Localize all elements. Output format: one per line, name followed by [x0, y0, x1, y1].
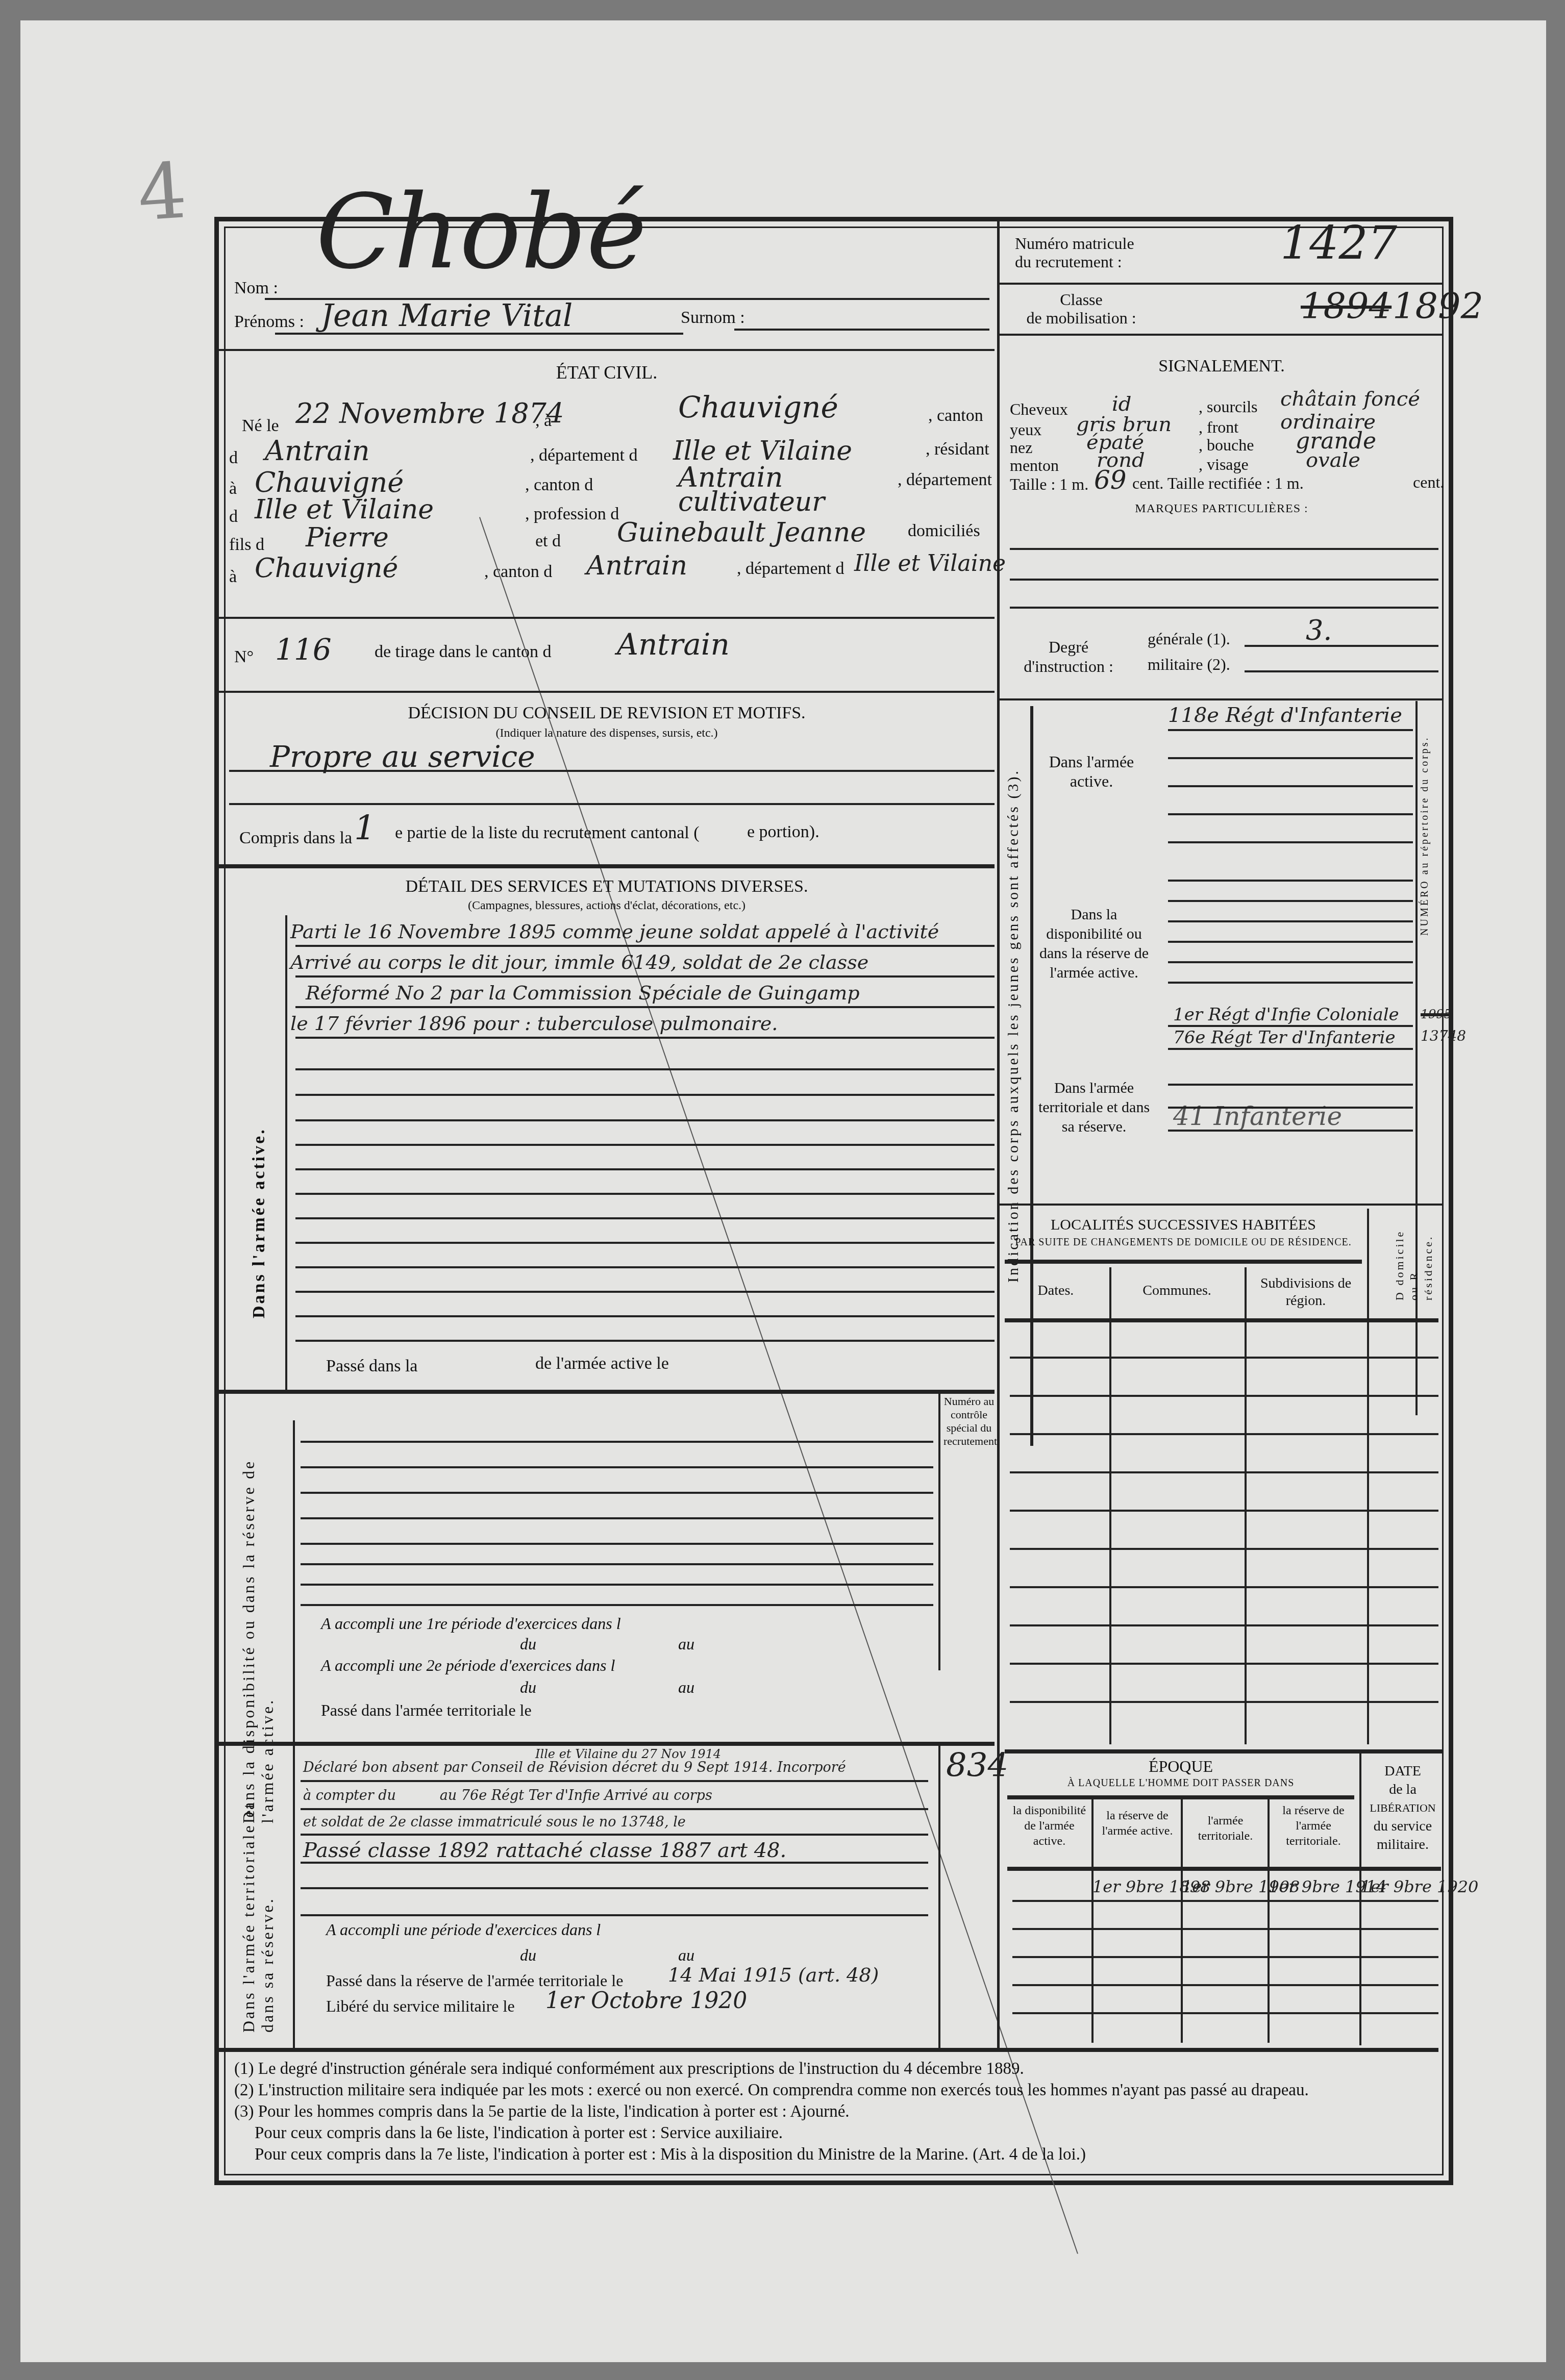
- periode1-label: A accompli une 1re période d'exercices d…: [321, 1614, 621, 1633]
- rule: [1168, 920, 1413, 922]
- sourcils-value: châtain foncé: [1280, 387, 1420, 411]
- taille-rectifiee-label: cent. Taille rectifiée : 1 m.: [1132, 474, 1304, 493]
- services-subtitle: (Campagnes, blessures, actions d'éclat, …: [219, 899, 995, 913]
- periode1-au-label: au: [678, 1635, 694, 1654]
- classe-value-struck: 1894: [1301, 285, 1392, 327]
- ne-le-label: Né le: [242, 416, 279, 436]
- rule: [295, 1242, 995, 1244]
- pere-value: Pierre: [306, 522, 389, 553]
- date-liberation-header: DATE de la LIBÉRATION du service militai…: [1362, 1762, 1444, 1854]
- divider: [219, 1390, 995, 1394]
- classe-value: 1892: [1393, 285, 1483, 327]
- rule: [295, 1315, 995, 1317]
- mere-value: Guinebault Jeanne: [617, 517, 866, 548]
- registre-matricule-form: Chobé Nom : Prénoms : Jean Marie Vital S…: [214, 217, 1453, 2185]
- libere-label: Libéré du service militaire le: [326, 1997, 515, 2016]
- services-side-label: Dans l'armée active.: [250, 1063, 269, 1318]
- localites-col-subdivisions: Subdivisions de région.: [1245, 1275, 1367, 1310]
- col-divider: [1091, 1798, 1094, 2043]
- territoriale-side-label: Dans l'armée territoriale et dans sa rés…: [239, 1777, 277, 2033]
- parents-a-label: à: [229, 567, 237, 587]
- service-line-3: Réformé No 2 par la Commission Spéciale …: [306, 982, 860, 1004]
- matricule-label: Numéro matricule du recrutement :: [1015, 234, 1134, 271]
- rule: [1168, 1048, 1413, 1050]
- date-subtitle-1: de la: [1362, 1781, 1444, 1799]
- periode1-du-label: du: [520, 1635, 536, 1654]
- divider: [219, 691, 995, 693]
- services-bracket: [285, 915, 287, 1390]
- taille-label: Taille : 1 m.: [1010, 475, 1088, 494]
- compris-partie: 1: [354, 808, 376, 847]
- rule: [1010, 1586, 1438, 1588]
- rule: [301, 1492, 933, 1494]
- divider: [1000, 283, 1444, 285]
- rule: [1012, 1956, 1438, 1958]
- nom-label: Nom :: [234, 279, 278, 298]
- date-naissance: 22 Novembre 1874: [295, 397, 564, 430]
- surnom-line: [734, 329, 989, 331]
- column-divider: [997, 221, 1000, 2048]
- canton-naissance: Antrain: [265, 435, 370, 467]
- localites-col-communes: Communes.: [1109, 1283, 1245, 1299]
- reserve-value: 14 Mai 1915 (art. 48): [668, 1964, 879, 1986]
- rule: [1010, 1471, 1438, 1473]
- rule: [301, 1543, 933, 1545]
- parents-dept-label: , département d: [737, 559, 844, 579]
- generale-label: générale (1).: [1148, 630, 1230, 648]
- nez-label: nez: [1010, 438, 1032, 457]
- corps-vertical-label: Indication des corps auxquels les jeunes…: [1005, 721, 1022, 1283]
- rule: [295, 1291, 995, 1293]
- taille-value: 69: [1094, 465, 1127, 495]
- parents-departement: Ille et Vilaine: [854, 550, 1006, 577]
- rule: [301, 1563, 933, 1565]
- epoque-value-territoriale: 1er 9bre 1908: [1182, 1877, 1269, 1896]
- territoriale-du-label: du: [520, 1946, 536, 1965]
- localites-title: LOCALITÉS SUCCESSIVES HABITÉES: [1000, 1216, 1367, 1234]
- libere-value: 1er Octobre 1920: [545, 1988, 747, 2014]
- fils-label: fils d: [229, 535, 264, 555]
- corps-bracket: [1030, 706, 1033, 1446]
- divider: [219, 2048, 1438, 2052]
- divider: [219, 1742, 995, 1746]
- surnom-label: Surnom :: [681, 308, 745, 328]
- rule: [1010, 1510, 1438, 1512]
- residence-departement: Ille et Vilaine: [255, 494, 434, 525]
- col-divider: [1109, 1267, 1111, 1744]
- rule: [301, 1780, 928, 1782]
- date-subtitle-3: du service militaire.: [1362, 1817, 1444, 1854]
- generale-value: 3.: [1306, 614, 1332, 646]
- territoriale-line-1: Déclaré bon absent par Conseil de Révisi…: [303, 1760, 846, 1775]
- rule: [1168, 1084, 1413, 1086]
- passe-territoriale-label: Passé dans l'armée territoriale le: [321, 1701, 532, 1720]
- visage-label: , visage: [1199, 455, 1249, 474]
- rule: [1010, 1548, 1438, 1550]
- rule: [1168, 880, 1413, 882]
- domicile-residence-label: D domicile ou R résidence.: [1393, 1214, 1435, 1300]
- rule: [301, 1517, 933, 1519]
- territoriale-bracket: [293, 1762, 295, 2048]
- rule: [295, 1037, 995, 1039]
- compris-label: Compris dans la: [239, 829, 352, 848]
- numero-repertoire-value: 13748: [1421, 1028, 1466, 1044]
- rule: [1168, 813, 1413, 815]
- epoque-col-reserve-active: la réserve de l'armée active.: [1094, 1808, 1181, 1839]
- footnote-2: (2) L'instruction militaire sera indiqué…: [234, 2080, 1433, 2101]
- rule: [1168, 1130, 1413, 1132]
- degre-label-1: Degré: [1015, 637, 1122, 657]
- periode2-au-label: au: [678, 1678, 694, 1697]
- localites-subtitle: PAR SUITE DE CHANGEMENTS DE DOMICILE OU …: [1000, 1237, 1367, 1248]
- parents-canton-label: , canton d: [484, 562, 552, 582]
- residant-label: , résidant: [926, 440, 989, 459]
- portion-suffix: e portion).: [747, 822, 819, 842]
- divider: [219, 617, 995, 619]
- lieu-naissance: Chauvigné: [678, 390, 838, 424]
- rule: [301, 1584, 933, 1586]
- periode2-label: A accompli une 2e période d'exercices da…: [321, 1656, 615, 1675]
- territoriale-corps-2: 76e Régt Ter d'Infanterie: [1173, 1028, 1396, 1048]
- date-subtitle-2: LIBÉRATION: [1362, 1799, 1444, 1817]
- signalement-title: SIGNALEMENT.: [1000, 357, 1444, 376]
- parents-canton: Antrain: [586, 550, 687, 581]
- rule: [301, 1862, 928, 1864]
- divider: [219, 349, 995, 351]
- epoque-value-reserve-territoriale: 1er 9bre 1914: [1269, 1877, 1358, 1896]
- disponibilite-side-label: Dans la disponibilité ou dans la réserve…: [239, 1456, 277, 1823]
- localites-col-dates: Dates.: [1005, 1283, 1107, 1299]
- marques-title: MARQUES PARTICULIÈRES :: [1000, 502, 1444, 516]
- rule: [295, 1217, 995, 1219]
- rule: [1168, 785, 1413, 787]
- disponibilite-corps-label: Dans la disponibilité ou dans la réserve…: [1035, 905, 1153, 983]
- compris-suffix: e partie de la liste du recrutement cant…: [395, 823, 700, 843]
- territoriale-au-label: au: [678, 1946, 694, 1965]
- territoriale-periode-label: A accompli une période d'exercices dans …: [326, 1920, 601, 1939]
- territoriale-superscript-note: Ille et Vilaine du 27 Nov 1914: [535, 1747, 721, 1761]
- rule: [1168, 982, 1413, 984]
- rule: [295, 945, 995, 947]
- classe-label: Classe de mobilisation :: [1015, 290, 1148, 327]
- territoriale-corps-1: 1er Régt d'Infie Coloniale: [1173, 1005, 1399, 1025]
- rule: [295, 1193, 995, 1195]
- domicilies-label: domiciliés: [908, 521, 980, 541]
- rule: [295, 1094, 995, 1096]
- active-value: 118e Régt d'Infanterie: [1168, 704, 1402, 727]
- numero-label-2: au répertoire du corps.: [1419, 736, 1430, 874]
- etat-civil-title: ÉTAT CIVIL.: [219, 362, 995, 383]
- numero-struck: 1995: [1421, 1007, 1452, 1021]
- territoriale-line-3: et soldat de 2e classe immatriculé sous …: [303, 1814, 686, 1830]
- rule: [301, 1834, 928, 1836]
- rule: [295, 1168, 995, 1170]
- residence-departement-label: , département: [898, 470, 992, 490]
- rule: [295, 1119, 995, 1121]
- passe-dans-label: Passé dans la: [326, 1357, 417, 1376]
- yeux-label: yeux: [1010, 420, 1041, 439]
- front-label: , front: [1199, 418, 1238, 437]
- rule: [295, 1340, 995, 1342]
- rule: [1168, 729, 1413, 731]
- prenoms-label: Prénoms :: [234, 312, 304, 332]
- date-title: DATE: [1362, 1762, 1444, 1781]
- degre-label: Degré d'instruction :: [1015, 637, 1122, 676]
- rule: [301, 1808, 928, 1810]
- epoque-subtitle: À LAQUELLE L'HOMME DOIT PASSER DANS: [1005, 1777, 1357, 1789]
- header-rule: [1005, 1318, 1438, 1322]
- parents-commune: Chauvigné: [255, 553, 398, 584]
- canton-d-label: d: [229, 448, 238, 468]
- footnote-3: (3) Pour les hommes compris dans la 5e p…: [234, 2101, 1433, 2122]
- territoriale-line-4: Passé classe 1892 rattaché classe 1887 a…: [303, 1839, 786, 1862]
- prenoms-value: Jean Marie Vital: [321, 298, 573, 334]
- residence-a-label: à: [229, 479, 237, 498]
- matricule-label-2: du recrutement :: [1015, 253, 1134, 271]
- epoque-col-reserve-territoriale: la réserve de l'armée territoriale.: [1270, 1803, 1357, 1849]
- rule: [301, 1604, 933, 1606]
- visage-value: ovale: [1306, 448, 1360, 472]
- epoque-col-territoriale: l'armée territoriale.: [1183, 1813, 1268, 1844]
- matricule-label-1: Numéro matricule: [1015, 234, 1134, 253]
- service-line-4: le 17 février 1896 pour : tuberculose pu…: [290, 1012, 778, 1035]
- rule: [295, 1144, 995, 1146]
- nom-value: Chobé: [316, 173, 647, 292]
- prenoms-line: [275, 333, 683, 335]
- divider: [1000, 698, 1444, 700]
- footnotes: (1) Le degré d'instruction générale sera…: [234, 2058, 1433, 2165]
- bouche-label: , bouche: [1199, 436, 1254, 455]
- footnote-1: (1) Le degré d'instruction générale sera…: [234, 2058, 1433, 2080]
- numero-repertoire-label: NUMÉRO au répertoire du corps.: [1418, 732, 1431, 936]
- conseil-subtitle: (Indiquer la nature des dispenses, sursi…: [219, 726, 995, 740]
- rule: [295, 1006, 995, 1008]
- profession-value: cultivateur: [678, 487, 825, 517]
- tirage-label: de tirage dans le canton d: [375, 642, 551, 662]
- cheveux-label: Cheveux: [1010, 400, 1068, 419]
- footnote-3b: Pour ceux compris dans la 6e liste, l'in…: [234, 2122, 1433, 2144]
- no-label: N°: [234, 647, 254, 667]
- header-rule: [1007, 1867, 1441, 1871]
- classe-label-1: Classe: [1015, 290, 1148, 309]
- controle-divider: [938, 1392, 940, 1670]
- rule: [1012, 1900, 1438, 1902]
- domicile-label: D domicile ou: [1393, 1230, 1420, 1300]
- rule: [1245, 670, 1438, 672]
- residence-commune: Chauvigné: [255, 466, 404, 498]
- numero-divider: [1415, 701, 1418, 1415]
- residence-canton-label: , canton d: [525, 475, 593, 495]
- rule: [1010, 1624, 1438, 1626]
- service-line-1: Parti le 16 Novembre 1895 comme jeune so…: [290, 920, 939, 943]
- services-title: DÉTAIL DES SERVICES ET MUTATIONS DIVERSE…: [219, 877, 995, 896]
- epoque-value-reserve-active: 1er 9bre 1898: [1092, 1877, 1182, 1896]
- rule: [1012, 1928, 1438, 1930]
- disponibilite-bracket: [293, 1420, 295, 1798]
- periode2-du-label: du: [520, 1678, 536, 1697]
- rule: [1010, 1701, 1438, 1703]
- profession-label: , profession d: [525, 505, 619, 524]
- col-divider: [1181, 1798, 1183, 2043]
- menton-label: menton: [1010, 456, 1059, 475]
- rule: [1010, 1357, 1438, 1359]
- rule: [301, 1466, 933, 1468]
- divider: [1000, 1204, 1444, 1206]
- service-line-2: Arrivé au corps le dit jour, immle 6149,…: [290, 951, 868, 973]
- rule: [295, 1266, 995, 1268]
- rule: [1168, 900, 1413, 902]
- tirage-canton: Antrain: [617, 627, 730, 662]
- territoriale-corps-label: Dans l'armée territoriale et dans sa rés…: [1035, 1079, 1153, 1137]
- rule: [1168, 961, 1413, 963]
- decision-line-2: [229, 803, 995, 805]
- territoriale-corps-3: 41 Infanterie: [1173, 1101, 1342, 1131]
- controle-divider-2: [938, 1744, 940, 2050]
- rule: [1010, 579, 1438, 581]
- col-divider: [1268, 1798, 1270, 2043]
- document-page: 4 Chobé Nom : Prénoms : Jean Marie Vital…: [20, 20, 1546, 2362]
- numero-tirage: 116: [275, 632, 332, 667]
- date-divider: [1359, 1752, 1361, 2045]
- rule: [295, 975, 995, 978]
- passe-suffix: de l'armée active le: [535, 1354, 669, 1373]
- rule: [1010, 607, 1438, 609]
- decision-value: Propre au service: [270, 739, 535, 774]
- degre-label-2: d'instruction :: [1015, 657, 1122, 676]
- sourcils-label: , sourcils: [1199, 397, 1258, 416]
- rule: [301, 1914, 928, 1916]
- conseil-title: DÉCISION DU CONSEIL DE REVISION ET MOTIF…: [219, 704, 995, 723]
- rule: [1168, 941, 1413, 943]
- rule: [1010, 548, 1438, 550]
- divider: [1000, 334, 1444, 336]
- rule: [301, 1441, 933, 1443]
- militaire-label: militaire (2).: [1148, 655, 1230, 674]
- a-label: , à: [535, 411, 552, 431]
- numero-label-1: NUMÉRO: [1419, 879, 1430, 936]
- footnote-3c: Pour ceux compris dans la 7e liste, l'in…: [234, 2144, 1433, 2165]
- decision-line: [229, 770, 995, 772]
- cent-label: cent.: [1413, 473, 1444, 492]
- rule: [1010, 1663, 1438, 1665]
- rule: [1012, 2012, 1438, 2014]
- departement-label: , département d: [530, 446, 638, 465]
- active-label: Dans l'armée active.: [1035, 752, 1148, 791]
- controle-label: Numéro au contrôle spécial du recrutemen…: [943, 1395, 995, 1448]
- residence-dept-d-label: d: [229, 507, 238, 527]
- territoriale-line-2: à compter du au 76e Régt Ter d'Infie Arr…: [303, 1788, 712, 1803]
- matricule-value: 1427: [1280, 216, 1397, 270]
- rule: [295, 1068, 995, 1070]
- date-liberation-value: 1er 9bre 1920: [1360, 1877, 1442, 1896]
- epoque-title: ÉPOQUE: [1005, 1757, 1357, 1776]
- corner-mark: 4: [135, 146, 189, 238]
- rule: [1168, 757, 1413, 759]
- epoque-col-disponibilite: la disponibilité de l'armée active.: [1007, 1803, 1091, 1849]
- rule: [1010, 1395, 1438, 1397]
- divider: [219, 864, 995, 868]
- rule: [1012, 1984, 1438, 1986]
- canton-label: , canton: [928, 406, 983, 425]
- rule: [1168, 1025, 1413, 1027]
- col-divider: [1245, 1267, 1247, 1744]
- rule: [1245, 645, 1438, 647]
- rule: [301, 1887, 928, 1889]
- rule: [1168, 1107, 1413, 1109]
- localites-brace: [1005, 1260, 1362, 1264]
- rule: [1168, 841, 1413, 843]
- classe-label-2: de mobilisation :: [1015, 309, 1148, 327]
- divider: [1005, 1749, 1444, 1753]
- rule: [1010, 1433, 1438, 1435]
- et-de-label: et d: [535, 532, 561, 551]
